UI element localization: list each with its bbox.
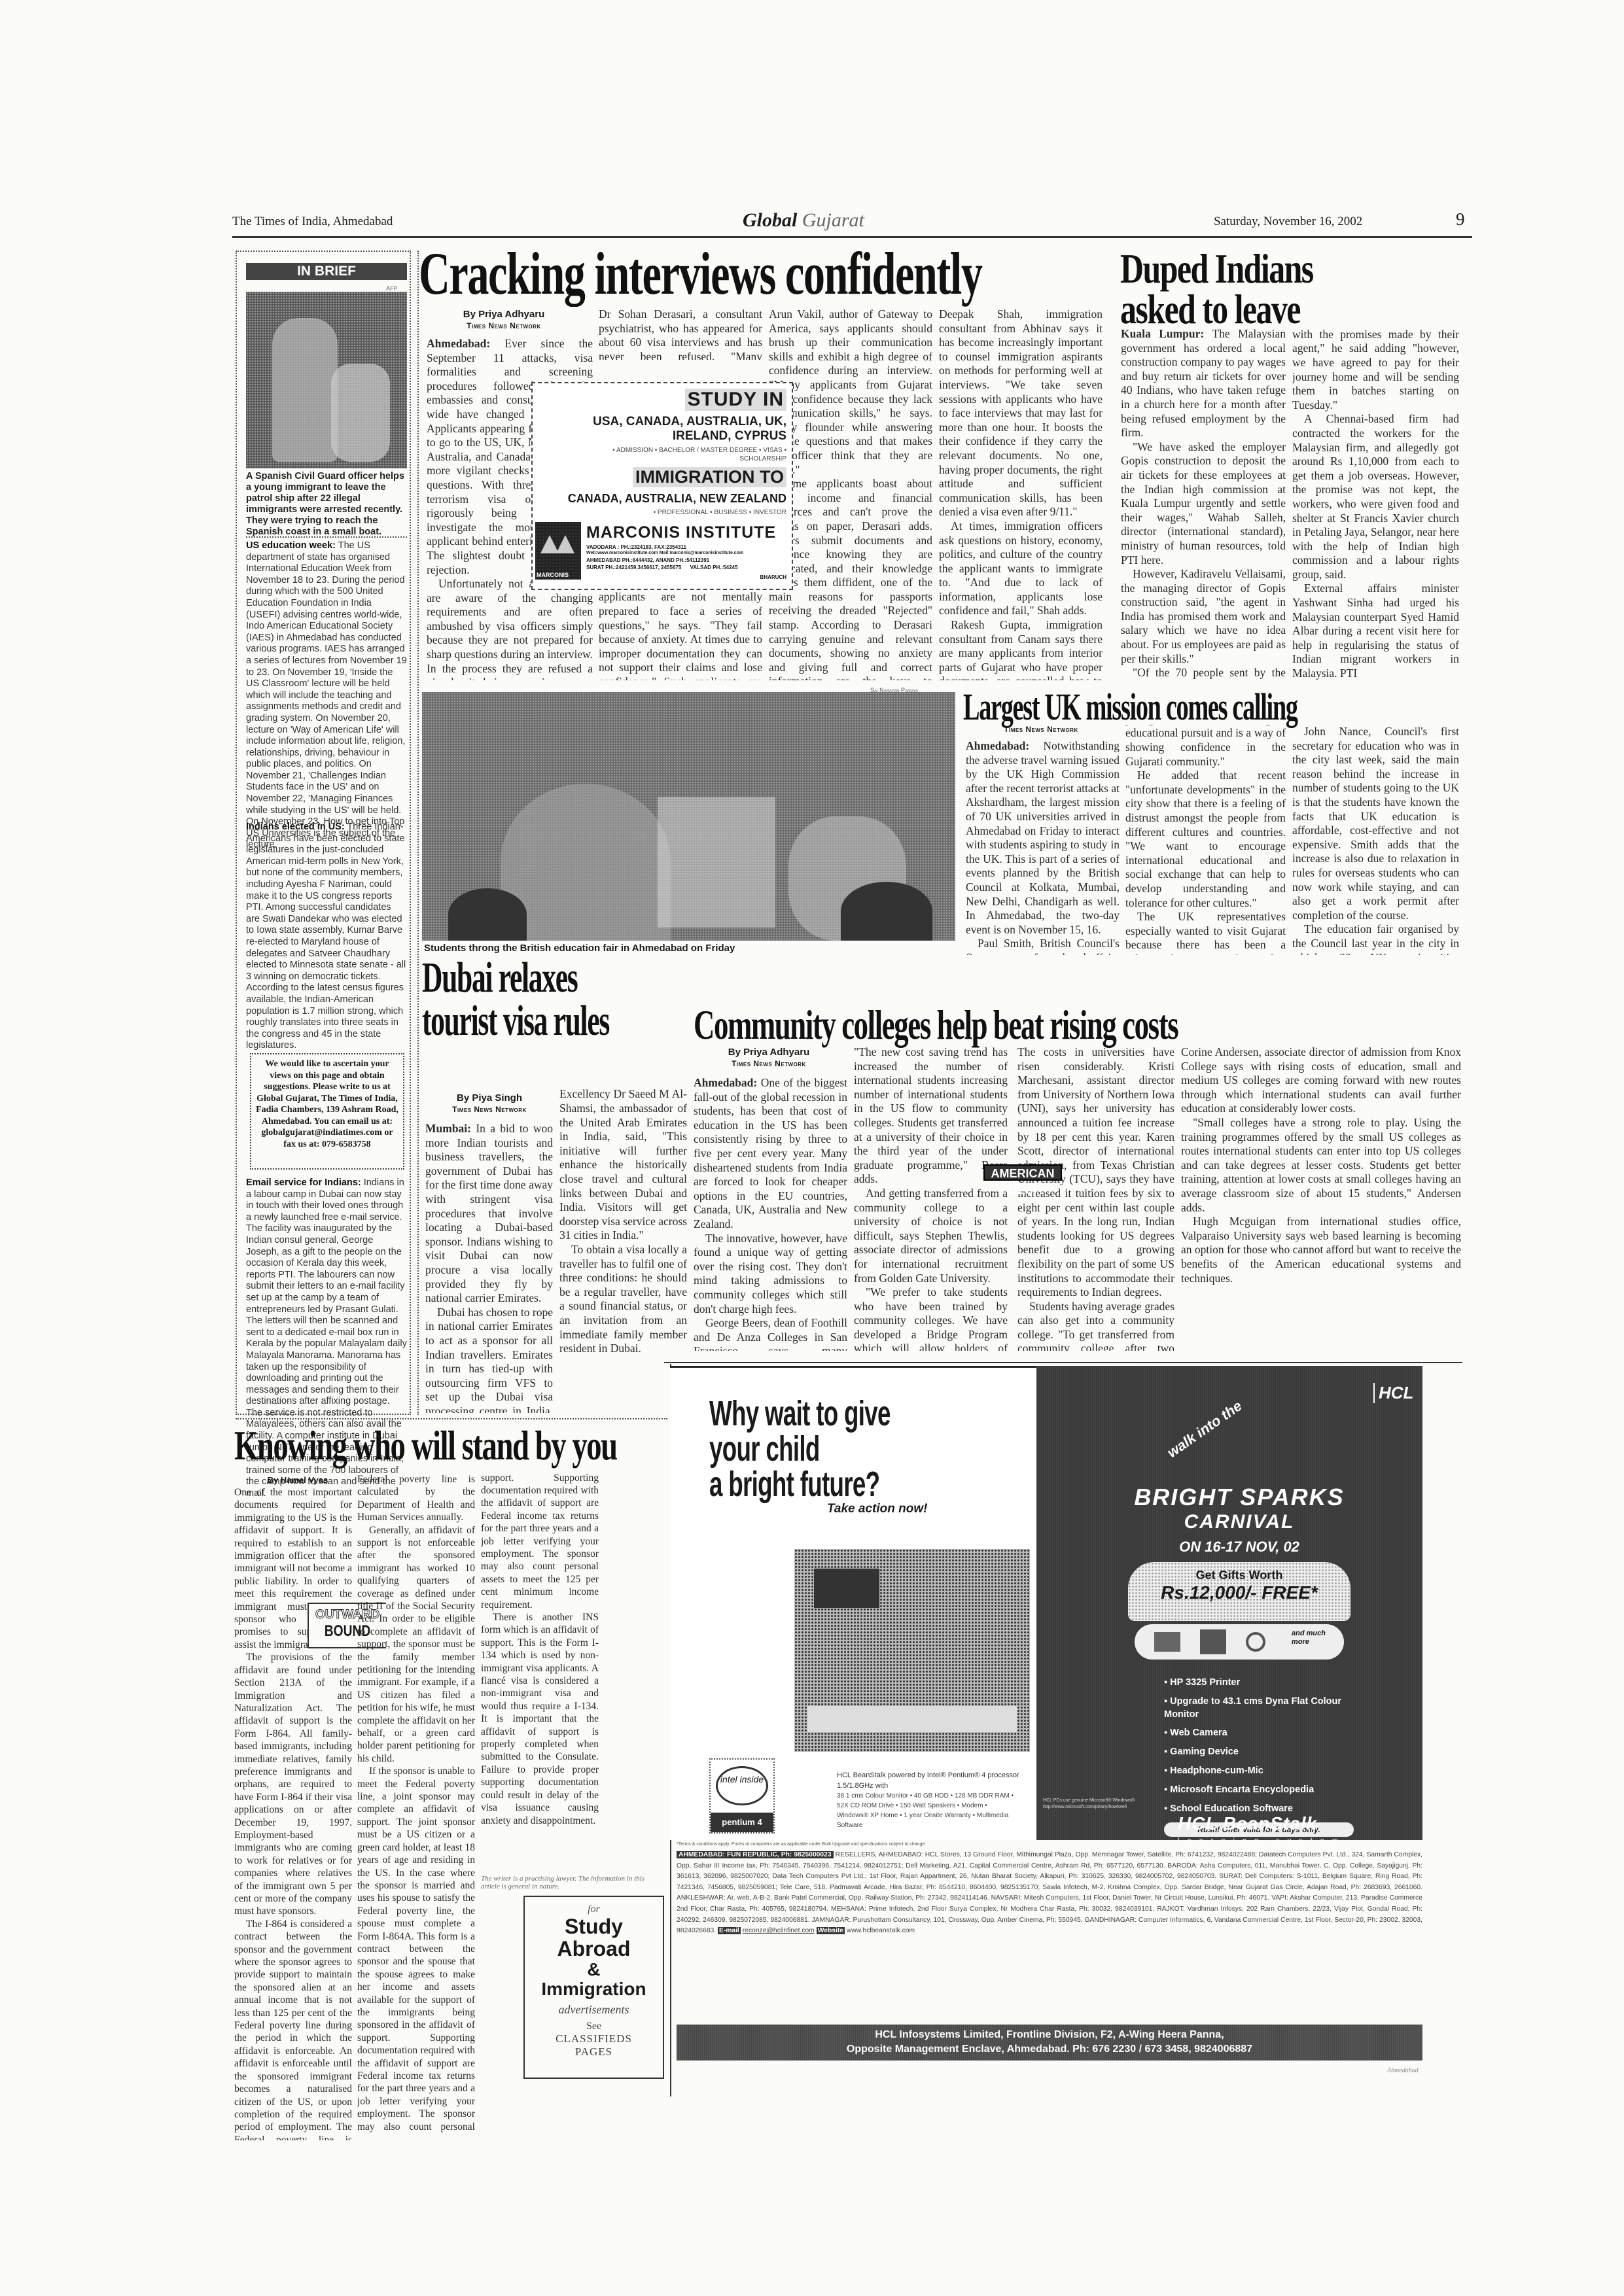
paragraph: Deepak Shah, immigration consultant from… [939, 307, 1103, 519]
contact-5: BHARUCH [760, 574, 786, 580]
paragraph: At times, immigration officers ask quest… [939, 519, 1103, 618]
paragraph: Dr Sohan Derasari, a consultant psychiat… [599, 307, 762, 360]
ad-study: Study [525, 1915, 663, 1938]
paragraph: If the sponsor is unable to meet the Fed… [481, 1473, 599, 1611]
gift-item: ▪ Web Camera [1164, 1724, 1373, 1743]
ad-marconis[interactable]: STUDY IN USA, CANADA, AUSTRALIA, UK, IRE… [531, 382, 793, 590]
paragraph: Rakesh Gupta, immigration consultant fro… [939, 618, 1103, 680]
paragraph: External affairs minister Yashwant Sinha… [1292, 582, 1459, 680]
paragraph: Notwithstanding the adverse travel warni… [966, 739, 1120, 936]
news-network: Times News Network [424, 1105, 555, 1114]
paragraph: Corine Andersen, associate director of a… [1181, 1045, 1461, 1116]
article-cracking-col4: Deepak Shah, immigration consultant from… [939, 307, 1103, 680]
hcl-tagline: Take action now! [827, 1502, 927, 1516]
spec-item: 128 MB DDR RAM [955, 1792, 1010, 1800]
dateline: Ahmedabad: [966, 739, 1029, 752]
headline-community-colleges: Community colleges help beat rising cost… [694, 1004, 1178, 1046]
article-dubai-col2: Dubai has chosen to rope in national car… [559, 1089, 687, 1416]
headline-knowing: Knowing who will stand by you [234, 1425, 617, 1467]
windows-note: HCL PCs use genuine Microsoft® Windows® … [1043, 1798, 1141, 1811]
dateline: Kuala Lumpur: [1121, 327, 1204, 340]
masthead-rule [232, 236, 1472, 238]
gifts-label: Get Gifts Worth [1128, 1569, 1350, 1582]
news-network: Times News Network [966, 725, 1116, 734]
paragraph: The I-864 is considered a contract betwe… [357, 1473, 475, 1524]
hcl-spec-list: 38.1 cms Colour Monitor • 40 GB HDD • 12… [837, 1791, 1020, 1830]
article-duped-col1: Kuala Lumpur: The Malaysian government h… [1121, 327, 1286, 680]
paragraph: George Beers, dean of Foothill and De An… [694, 1316, 847, 1351]
headline-line: Dubai relaxes [422, 956, 609, 1000]
dateline: Mumbai: [425, 1122, 471, 1135]
article-cracking-col3: Arun Vakil, author of Gateway to America… [769, 307, 932, 680]
paragraph: "We have asked the employer Gopis constr… [1121, 440, 1286, 567]
headline-line: tourist visa rules [422, 1000, 609, 1043]
spec-item: 40 GB HDD [914, 1792, 949, 1800]
section-sub: Gujarat [802, 209, 864, 231]
news-network: Times News Network [694, 1059, 844, 1068]
issue-date: Saturday, November 16, 2002 [1214, 215, 1362, 229]
spec-item: 52X CD ROM Drive [837, 1802, 894, 1809]
contact-1: VADODARA : PH.:2324183, FAX:2354311 [586, 544, 686, 550]
dealers-list: AHMEDABAD: FUN REPUBLIC, Ph: 9825000023 … [677, 1850, 1422, 1937]
paragraph: The education fair organised by the Coun… [1292, 922, 1459, 955]
paragraph: Paul Smith, British Council's first secr… [1125, 725, 1286, 769]
paragraph: And getting transferred from a community… [854, 1187, 1008, 1285]
dotted-divider [236, 1418, 667, 1419]
hcl-footer-bar: HCL Infosystems Limited, Frontline Divis… [677, 2025, 1422, 2061]
brief-item-text: The US department of state has organised… [246, 540, 407, 850]
gift-item: ▪ Headphone-cum-Mic [1164, 1762, 1373, 1781]
hcl-headline: Why wait to give your child a bright fut… [709, 1396, 891, 1502]
pentium-logo-text: pentium 4 [711, 1813, 773, 1832]
ad-pages: PAGES [525, 2045, 663, 2059]
ad-immigration: Immigration [525, 1979, 663, 1999]
article-knowing-col2: The I-864 is considered a contract betwe… [357, 1473, 475, 2134]
paragraph: The Malaysian government has ordered a l… [1121, 327, 1286, 439]
ad-for: for [525, 1904, 663, 1915]
camera-icon [1200, 1629, 1226, 1654]
brief-item-title: US education week: [246, 540, 336, 551]
contact-4: SURAT PH.:2421459,3456617, 2455675 VALSA… [586, 565, 737, 570]
byline: By Piya Singh [424, 1091, 555, 1105]
email-label: E-mail [718, 1927, 741, 1934]
computer-illustration [794, 1549, 1030, 1752]
ad-see: See [525, 2021, 663, 2032]
study-countries: USA, CANADA, AUSTRALIA, UK, IRELAND, CYP… [571, 415, 786, 444]
paper-name: The Times of India, Ahmedabad [232, 215, 393, 229]
study-in-label: STUDY IN [685, 389, 786, 411]
article-uk-col3: John Nance, Council's first secretary fo… [1292, 725, 1459, 955]
website-value[interactable]: www.hclbeanstalk.com [847, 1927, 915, 1934]
brief-item-indians-elected: Indians elected in US: Three Indian-Amer… [246, 822, 407, 1052]
paragraph: Paul Smith, British Council's first secr… [966, 937, 1120, 955]
dealers-text: RESELLERS, AHMEDABAD: HCL Stores, 13 Gro… [677, 1851, 1422, 1934]
paragraph: However, Kadiravelu Vellaisami, the mana… [1121, 567, 1286, 666]
article-cracking-col2: Dr Sohan Derasari, a consultant psychiat… [599, 307, 762, 360]
paragraph: He added that recent "unfortunate develo… [1125, 769, 1286, 910]
brand-logo-text: HCL BeanStalk [1178, 1813, 1346, 1834]
paragraph: Dubai has chosen to rope in national car… [425, 1306, 553, 1413]
headline-dubai-relaxes: Dubai relaxes tourist visa rules [422, 956, 609, 1043]
paragraph: "Of the 70 people sent by the Indian age… [1121, 666, 1286, 680]
spanish-guard-photo [246, 292, 407, 468]
headline-line: your child [709, 1431, 891, 1467]
headline-duped-indians: Duped Indians asked to leave [1120, 249, 1313, 330]
ad-amp: & [525, 1960, 663, 1979]
paragraph: "We prefer to take students who have bee… [854, 1285, 1008, 1351]
hcl-beanstalk-brand: HCL BeanStalk learning system [1178, 1813, 1346, 1845]
spec-item: Modem [961, 1802, 983, 1809]
spec-item: 1 year Onsite Warranty [904, 1812, 970, 1819]
education-fair-photo [422, 692, 955, 941]
institute-name: MARCONIS INSTITUTE [586, 523, 776, 542]
paragraph: In a bid to woo more Indian tourists and… [425, 1122, 553, 1304]
section-rule [664, 1362, 1462, 1363]
gift-list: ▪ HP 3325 Printer ▪ Upgrade to 43.1 cms … [1164, 1673, 1373, 1818]
printer-icon [1154, 1632, 1180, 1652]
contact-3: AHMEDABAD PH.:6444432, ANAND PH.:5411239… [586, 557, 709, 563]
headline-cracking-interviews: Cracking interviews confidently [419, 243, 982, 304]
dateline: Ahmedabad: [694, 1076, 757, 1089]
byline-block: By Priya Adhyaru Times News Network [425, 307, 582, 330]
gift-item: ▪ Gaming Device [1164, 1743, 1373, 1762]
paragraph: A Chennai-based firm had contracted the … [1292, 412, 1459, 582]
footer-line: Opposite Management Enclave, Ahmedabad. … [677, 2042, 1422, 2057]
paragraph: Some applicants boast about their income… [769, 477, 932, 680]
fair-photo-caption: Students throng the British education fa… [424, 943, 735, 954]
article-community-col2: "The new cost saving trend has increased… [854, 1045, 1008, 1351]
paragraph: The UK representatives especially wanted… [1125, 910, 1286, 955]
intel-inside-logo: intel inside pentium 4 [709, 1758, 775, 1834]
paragraph: Generally, an affidavit of support is no… [357, 1524, 475, 1765]
brand-tagline: learning system [1178, 1837, 1346, 1845]
corner-mark: Ahmedabad [1387, 2067, 1419, 2074]
spec-item: 38.1 cms Colour Monitor [837, 1792, 908, 1800]
headline-line: Duped Indians [1120, 249, 1313, 289]
headline-line: Why wait to give [709, 1396, 891, 1431]
event-date: ON 16-17 NOV, 02 [1076, 1539, 1403, 1556]
ad-hcl[interactable]: Why wait to give your child a bright fut… [670, 1366, 1455, 2102]
paragraph: "Small colleges have a strong role to pl… [1181, 1116, 1461, 1215]
study-services: • ADMISSION • BACHELOR / MASTER DEGREE •… [610, 446, 786, 463]
article-community-col1: Ahmedabad: One of the biggest fall-out o… [694, 1076, 847, 1351]
ad-abroad: Abroad [525, 1938, 663, 1960]
paragraph: Dr Sohan Derasari, a consultant psychiat… [599, 590, 762, 680]
dotted-divider [417, 251, 419, 1415]
news-network: Times News Network [425, 321, 582, 330]
american-desi-tag: AMERICAN DESI [983, 1164, 1062, 1181]
byline: By Priya Adhyaru [425, 307, 582, 321]
contact-2: Web:www.marconisinstitute.com Mail:marco… [586, 551, 743, 555]
brief-item-education-week: US education week: The US department of … [246, 540, 407, 851]
paragraph: If the sponsor is unable to meet the Fed… [357, 1765, 475, 2134]
page-number: 9 [1456, 209, 1465, 230]
event-line: BRIGHT SPARKS [1076, 1484, 1403, 1511]
headline-largest-uk-mission: Largest UK mission comes calling [963, 688, 1297, 726]
footer-line: HCL Infosystems Limited, Frontline Divis… [677, 2028, 1422, 2042]
ad-advertisements: advertisements [525, 2003, 663, 2017]
brief-divider [246, 536, 407, 538]
headline-line: a bright future? [709, 1467, 891, 1502]
spec-item: Windows® XP Home [837, 1812, 898, 1819]
article-duped-col2: "Of the 70 people sent by the Indian age… [1292, 327, 1459, 680]
gifts-value: Rs.12,000/- FREE* [1128, 1582, 1350, 1603]
paragraph: The I-864 is considered a contract betwe… [234, 1918, 352, 2140]
spec-item: 150 Watt Speakers [900, 1802, 955, 1809]
paragraph: Arun Vakil, author of Gateway to America… [769, 307, 932, 477]
section-main: Global [743, 209, 797, 231]
paragraph: Students having average grades can also … [1017, 1300, 1174, 1351]
email-value[interactable]: reconze@hclinfinet.com [743, 1927, 815, 1934]
article-cracking-col2b: Dr Sohan Derasari, a consultant psychiat… [599, 590, 762, 680]
hcl-small-logo: HCL [1373, 1383, 1413, 1403]
ad-study-abroad[interactable]: for Study Abroad & Immigration advertise… [523, 1896, 664, 2079]
dealers-highlight: AHMEDABAD: FUN REPUBLIC, Ph: 9825000023 [677, 1851, 834, 1858]
marconis-logo: MARCONIS [535, 522, 581, 580]
and-more-label: and much more [1292, 1629, 1331, 1646]
article-uk-col1: Ahmedabad: Notwithstanding the adverse t… [966, 739, 1120, 955]
paragraph: One of the biggest fall-out of the globa… [694, 1076, 847, 1230]
logo-text: MARCONIS [537, 572, 569, 578]
headphone-icon [1246, 1632, 1265, 1652]
immigration-countries: CANADA, AUSTRALIA, NEW ZEALAND [568, 492, 786, 506]
article-community-col4: Corine Andersen, associate director of a… [1181, 1045, 1461, 1351]
immigration-services: • PROFESSIONAL • BUSINESS • INVESTOR [654, 509, 786, 516]
event-line: CARNIVAL [1076, 1511, 1403, 1533]
article-community-col3: The costs in universities have risen con… [1017, 1045, 1174, 1351]
article-knowing-col1: One of the most important documents requ… [234, 1486, 352, 2140]
immigration-to-label: IMMIGRATION TO [633, 467, 786, 487]
gift-item: ▪ HP 3325 Printer [1164, 1673, 1373, 1692]
gift-item: ▪ Upgrade to 43.1 cms Dyna Flat Colour M… [1164, 1692, 1373, 1724]
paragraph: Unfortunately not all applicants are awa… [427, 577, 593, 680]
section-title: Global Gujarat [743, 209, 864, 232]
brief-item-title: Indians elected in US: [246, 822, 345, 832]
gifts-badge: Get Gifts Worth Rs.12,000/- FREE* [1128, 1562, 1350, 1621]
paragraph: To obtain a visa locally a traveller has… [559, 1243, 687, 1356]
article-dubai-col1: Mumbai: In a bid to woo more Indian tour… [425, 1122, 553, 1413]
byline: By Priya Adhyaru [694, 1045, 844, 1059]
byline: By Hamel Vyas [242, 1473, 353, 1487]
paragraph: There is another INS form which is an af… [481, 1611, 599, 1827]
hcl-spec-title: HCL BeanStalk powered by Intel® Pentium®… [837, 1770, 1020, 1791]
gift-item: ▪ Microsoft Encarta Encyclopedia [1164, 1781, 1373, 1800]
headline-line: asked to leave [1120, 289, 1313, 330]
article-uk-col2: Paul Smith, British Council's first secr… [1125, 725, 1286, 955]
ad-classifieds: CLASSIFIEDS [525, 2032, 663, 2045]
paragraph: John Nance, Council's first secretary fo… [1292, 725, 1459, 922]
gift-icons-strip: and much more [1135, 1624, 1344, 1660]
article-knowing-col3: If the sponsor is unable to meet the Fed… [481, 1473, 599, 1892]
paragraph: The provisions of the affidavit are foun… [234, 1651, 352, 1918]
brief-item-title: Email service for Indians: [246, 1177, 361, 1188]
masthead: The Times of India, Ahmedabad Global Guj… [232, 209, 1472, 235]
paragraph: "Of the 70 people sent by the Indian age… [1292, 327, 1459, 412]
photo-caption: A Spanish Civil Guard officer helps a yo… [246, 471, 407, 538]
paragraph: Hugh Mcguigan from international studies… [1181, 1215, 1461, 1285]
intel-logo-text: intel inside [716, 1766, 768, 1805]
byline-block: By Priya Adhyaru Times News Network [694, 1045, 844, 1068]
feedback-box: We would like to ascertain your views on… [250, 1053, 404, 1170]
in-brief-label: IN BRIEF [246, 263, 407, 280]
article-disclaimer: The writer is a practising lawyer. The i… [481, 1875, 664, 1890]
event-name: BRIGHT SPARKS CARNIVAL ON 16-17 NOV, 02 [1076, 1484, 1403, 1556]
photo-credit: AFP [386, 285, 398, 292]
paragraph: The innovative, however, have found a un… [694, 1232, 847, 1317]
paragraph: Dubai has chosen to rope in national car… [559, 1089, 687, 1243]
dateline: Ahmedabad: [427, 337, 490, 350]
website-label: Website [817, 1927, 845, 1934]
byline-block: By Piya Singh Times News Network [424, 1091, 555, 1114]
brief-item-text: Three Indian-Americans have been elected… [246, 822, 406, 1051]
